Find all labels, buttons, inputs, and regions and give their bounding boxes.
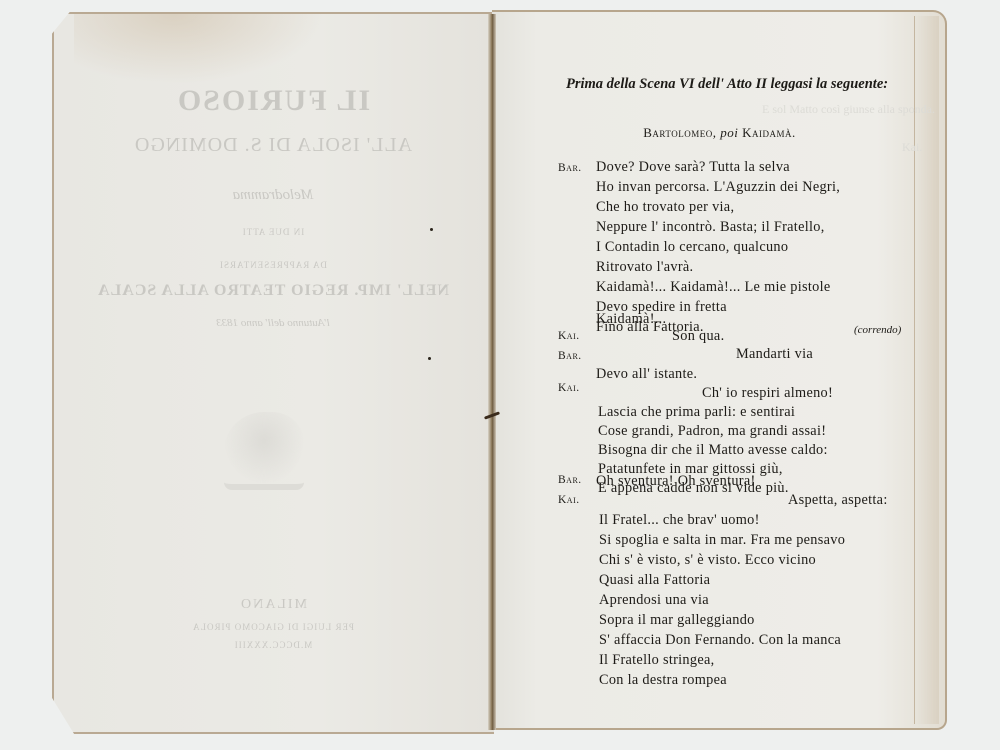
verse-line: Cose grandi, Padron, ma grandi assai! xyxy=(598,423,826,440)
scene-connector: , poi xyxy=(713,125,742,140)
stage-direction: (correndo) xyxy=(854,324,901,336)
verse-line: Quasi alla Fattoria xyxy=(599,572,710,589)
verse-line: Che ho trovato per via, xyxy=(596,199,734,216)
paper-speck xyxy=(428,357,431,360)
speaker-label: Bar. xyxy=(558,474,582,486)
verse-line: Sopra il mar galleggiando xyxy=(599,612,755,629)
speaker-label: Bar. xyxy=(558,350,582,362)
verse-line: Kaidamà!... xyxy=(596,311,666,328)
left-page xyxy=(52,12,494,734)
verse-line: Aprendosi una via xyxy=(599,592,709,609)
scene-title: Bartolomeo, poi Kaidamà. xyxy=(492,125,947,141)
verse-line: Ho invan percorsa. L'Aguzzin dei Negri, xyxy=(596,179,840,196)
verse-line: Ch' io respiri almeno! xyxy=(702,385,833,402)
show-through-text: E sol Matto così giunse alla sponda. xyxy=(762,102,935,117)
verse-line: Con la destra rompea xyxy=(599,672,727,689)
verse-line: Chi s' è visto, s' è visto. Ecco vicino xyxy=(599,552,816,569)
show-through-text: Kai. xyxy=(902,140,922,155)
booklet-spread: IL FURIOSO ALL' ISOLA DI S. DOMINGO Melo… xyxy=(0,0,1000,750)
verse-line: S' affaccia Don Fernando. Con la manca xyxy=(599,632,841,649)
speaker-label: Kai. xyxy=(558,494,580,506)
speaker-label: Kai. xyxy=(558,382,580,394)
verse-line: I Contadin lo cercano, qualcuno xyxy=(596,239,788,256)
scene-character-2: Kaidamà. xyxy=(742,125,796,140)
verse-line: Oh sventura! Oh sventura! xyxy=(596,473,756,490)
verse-line: Mandarti via xyxy=(736,346,813,363)
scene-character-1: Bartolomeo xyxy=(643,125,712,140)
instruction-heading: Prima della Scena VI dell' Atto II legga… xyxy=(566,76,888,93)
verse-line: Aspetta, aspetta: xyxy=(788,492,888,509)
verse-line: Dove? Dove sarà? Tutta la selva xyxy=(596,159,790,176)
verse-line: Il Fratel... che brav' uomo! xyxy=(599,512,760,529)
verse-line: Devo all' istante. xyxy=(596,366,697,383)
verse-line: Son qua. xyxy=(672,328,724,345)
verse-line: Il Fratello stringea, xyxy=(599,652,714,669)
paper-speck xyxy=(430,228,433,231)
speaker-label: Bar. xyxy=(558,162,582,174)
verse-line: Si spoglia e salta in mar. Fra me pensav… xyxy=(599,532,845,549)
verse-line: Kaidamà!... Kaidamà!... Le mie pistole xyxy=(596,279,831,296)
verse-line: Lascia che prima parli: e sentirai xyxy=(598,404,795,421)
verse-line: Neppure l' incontrò. Basta; il Fratello, xyxy=(596,219,825,236)
verse-line: Ritrovato l'avrà. xyxy=(596,259,693,276)
right-page-text: E sol Matto così giunse alla sponda. Kai… xyxy=(492,10,947,730)
speaker-label: Kai. xyxy=(558,330,580,342)
verse-line: Bisogna dir che il Matto avesse caldo: xyxy=(598,442,828,459)
